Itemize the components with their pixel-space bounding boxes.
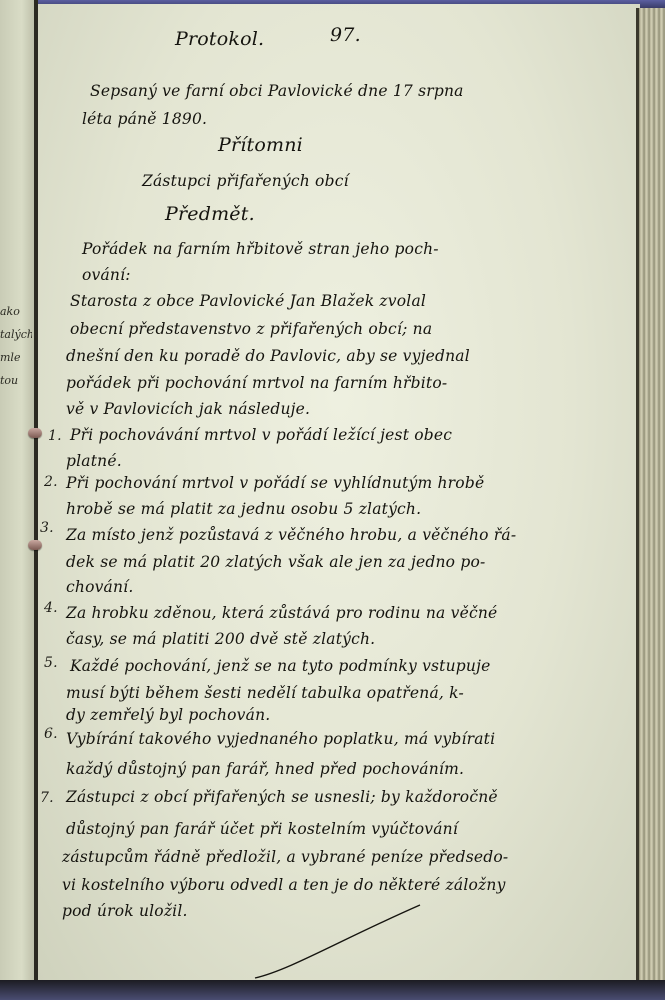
item-line: chování.: [66, 578, 133, 596]
item-number: 5.: [44, 655, 58, 671]
left-page-edge: ako talých mle tou: [0, 0, 36, 985]
item-line: hrobě se má platit za jednu osobu 5 zlat…: [66, 500, 421, 518]
subject-heading: Předmět.: [165, 203, 255, 225]
present-text: Zástupci přifařených obcí: [142, 172, 349, 190]
left-page-margin-text: ako talých mle tou: [0, 300, 32, 392]
item-line: pod úrok uložil.: [62, 902, 188, 920]
preamble-line: obecní představenstvo z přifařených obcí…: [70, 320, 432, 338]
item-line: důstojný pan farář účet při kostelním vy…: [66, 820, 458, 838]
item-line: Vybírání takového vyjednaného poplatku, …: [66, 730, 495, 748]
item-line: Každé pochování, jenž se na tyto podmínk…: [70, 657, 490, 675]
intro-line: léta páně 1890.: [82, 110, 207, 128]
item-line: dek se má platit 20 zlatých však ale jen…: [66, 553, 485, 571]
subject-line: ování:: [82, 266, 131, 284]
closing-flourish-icon: [250, 900, 430, 980]
item-line: časy, se má platiti 200 dvě stě zlatých.: [66, 630, 375, 648]
margin-fragment: tou: [0, 369, 32, 392]
document-title: Protokol.: [175, 28, 264, 50]
item-number: 2.: [44, 474, 58, 490]
item-line: každý důstojný pan farář, hned před poch…: [66, 760, 464, 778]
binding-stitch-icon: [28, 540, 42, 550]
item-line: Za místo jenž pozůstavá z věčného hrobu,…: [66, 526, 516, 544]
preamble-line: pořádek při pochování mrtvol na farním h…: [66, 374, 447, 392]
item-line: vi kostelního výboru odvedl a ten je do …: [62, 876, 506, 894]
item-line: Při pochování mrtvol v pořádí se vyhlídn…: [66, 474, 484, 492]
item-number: 1.: [48, 428, 62, 444]
item-line: Za hrobku zděnou, která zůstává pro rodi…: [66, 604, 497, 622]
page-stack-edges: [636, 8, 665, 983]
item-number: 6.: [44, 726, 58, 742]
intro-line: Sepsaný ve farní obci Pavlovické dne 17 …: [90, 82, 464, 100]
margin-fragment: ako: [0, 300, 32, 323]
item-line: dy zemřelý byl pochován.: [66, 706, 270, 724]
page-number: 97.: [330, 24, 361, 46]
item-line: Zástupci z obcí přifařených se usnesli; …: [66, 788, 498, 806]
preamble-line: Starosta z obce Pavlovické Jan Blažek zv…: [70, 292, 426, 310]
bottom-shadow: [0, 980, 665, 1000]
preamble-line: dnešní den ku poradě do Pavlovic, aby se…: [66, 347, 470, 365]
margin-fragment: mle: [0, 346, 32, 369]
item-line: musí býti během šesti nedělí tabulka opa…: [66, 684, 464, 702]
item-line: Při pochovávání mrtvol v pořádí ležící j…: [70, 426, 452, 444]
preamble-line: vě v Pavlovicích jak následuje.: [66, 400, 310, 418]
binding-stitch-icon: [28, 428, 42, 438]
item-number: 7.: [40, 790, 54, 806]
subject-line: Pořádek na farním hřbitově stran jeho po…: [82, 240, 439, 258]
item-number: 4.: [44, 600, 58, 616]
item-line: zástupcům řádně předložil, a vybrané pen…: [62, 848, 508, 866]
book-gutter: [34, 0, 38, 985]
item-number: 3.: [40, 520, 54, 536]
present-heading: Přítomni: [218, 134, 303, 156]
margin-fragment: talých: [0, 323, 32, 346]
item-line: platné.: [66, 452, 122, 470]
